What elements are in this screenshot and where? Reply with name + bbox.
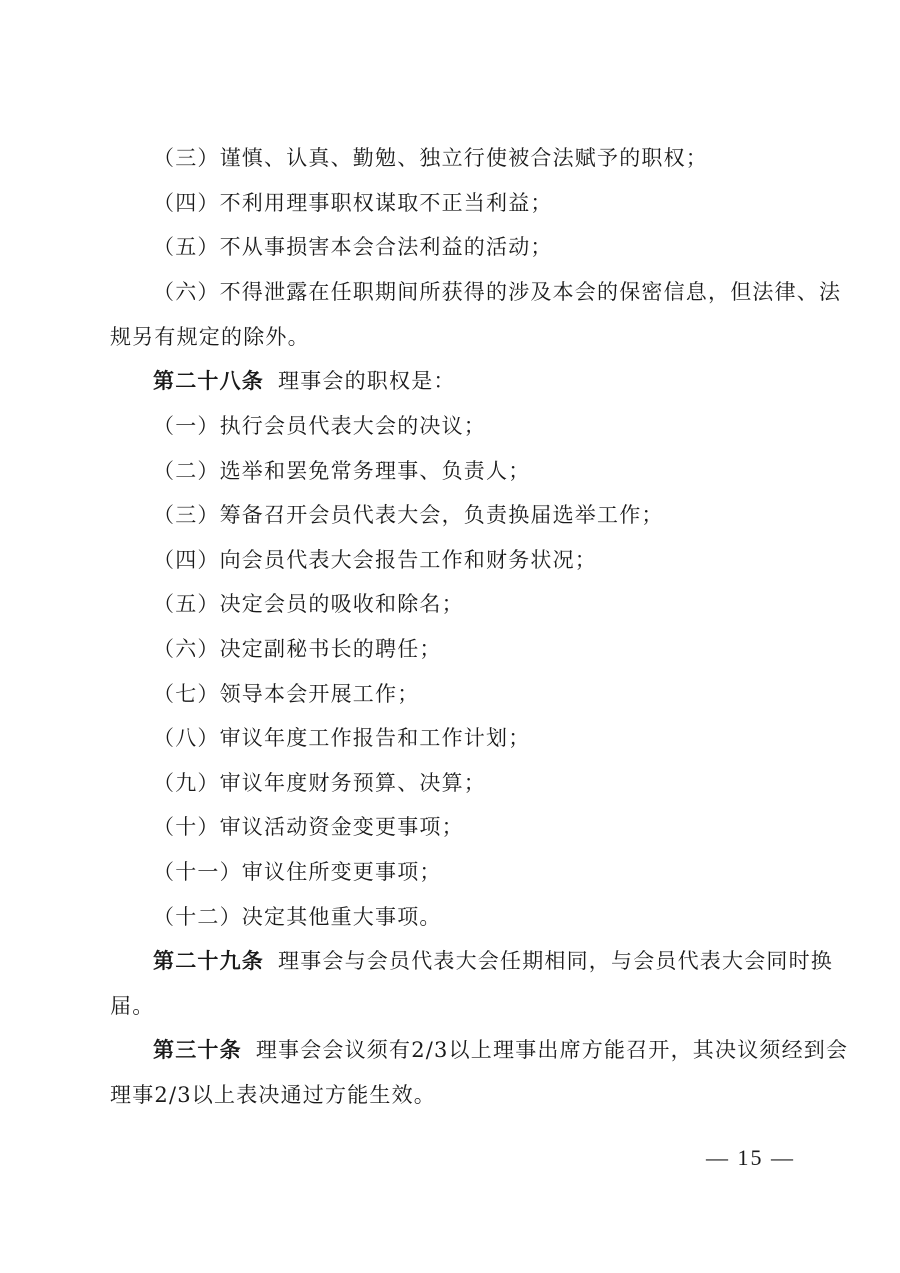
clause-item: （九）审议年度财务预算、决算； (153, 768, 843, 798)
clause-item: （六）决定副秘书长的聘任； (153, 634, 843, 664)
article-text: 理事会与会员代表大会任期相同，与会员代表大会同时换 (278, 949, 833, 973)
article-heading: 第三十条 (153, 1037, 242, 1062)
article-text: 理事会会议须有2/3以上理事出席方能召开，其决议须经到会 (256, 1038, 848, 1062)
article-28: 第二十八条理事会的职权是： (153, 366, 843, 396)
clause-item: （十二）决定其他重大事项。 (153, 902, 843, 932)
clause-item: （十一）审议住所变更事项； (153, 857, 843, 887)
clause-item: （四）不利用理事职权谋取不正当利益； (153, 188, 843, 218)
clause-item: （七）领导本会开展工作； (153, 679, 843, 709)
clause-continuation: 规另有规定的除外。 (110, 322, 800, 352)
clause-item: （八）审议年度工作报告和工作计划； (153, 723, 843, 753)
clause-item: （三）筹备召开会员代表大会，负责换届选举工作； (153, 500, 843, 530)
clause-item: （六）不得泄露在任职期间所获得的涉及本会的保密信息，但法律、法 (153, 277, 843, 307)
clause-item: （三）谨慎、认真、勤勉、独立行使被合法赋予的职权； (153, 143, 843, 173)
document-page: （三）谨慎、认真、勤勉、独立行使被合法赋予的职权； （四）不利用理事职权谋取不正… (0, 0, 900, 1273)
article-continuation: 届。 (110, 991, 800, 1021)
page-number: — 15 — (706, 1143, 795, 1173)
article-30: 第三十条理事会会议须有2/3以上理事出席方能召开，其决议须经到会 (153, 1035, 843, 1065)
clause-item: （十）审议活动资金变更事项； (153, 812, 843, 842)
article-29: 第二十九条理事会与会员代表大会任期相同，与会员代表大会同时换 (153, 946, 843, 976)
clause-item: （一）执行会员代表大会的决议； (153, 411, 843, 441)
clause-item: （二）选举和罢免常务理事、负责人； (153, 456, 843, 486)
clause-item: （五）不从事损害本会合法利益的活动； (153, 232, 843, 262)
article-text: 理事会的职权是： (278, 369, 456, 393)
clause-item: （四）向会员代表大会报告工作和财务状况； (153, 545, 843, 575)
article-continuation: 理事2/3以上表决通过方能生效。 (110, 1080, 800, 1110)
article-heading: 第二十八条 (153, 368, 264, 393)
article-heading: 第二十九条 (153, 948, 264, 973)
clause-item: （五）决定会员的吸收和除名； (153, 589, 843, 619)
